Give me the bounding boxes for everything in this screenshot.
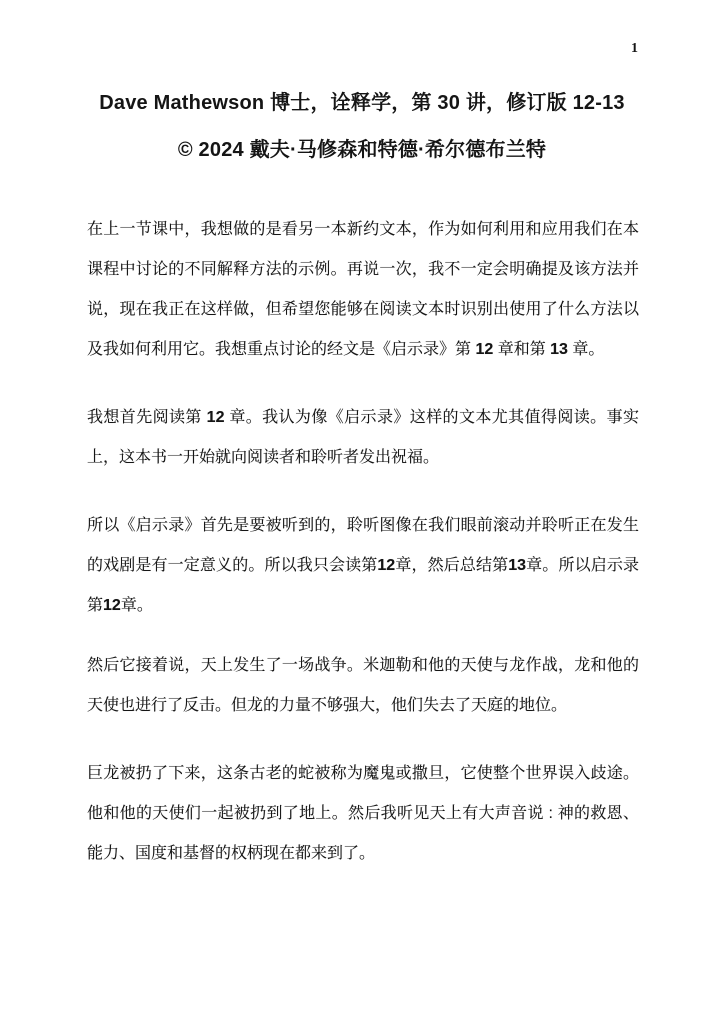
- document-title: Dave Mathewson 博士，诠释学，第 30 讲，修订版 12-13: [0, 90, 724, 117]
- paragraph-5: 巨龙被扔了下来，这条古老的蛇被称为魔鬼或撒旦，它使整个世界误入歧途。他和他的天使…: [87, 754, 639, 874]
- page-number: 1: [631, 41, 638, 57]
- paragraph-1: 在上一节课中，我想做的是看另一本新约文本，作为如何利用和应用我们在本课程中讨论的…: [87, 210, 639, 370]
- paragraph-3: 所以《启示录》首先是要被听到的，聆听图像在我们眼前滚动并聆听正在发生的戏剧是有一…: [87, 506, 639, 626]
- paragraph-4: 然后它接着说，天上发生了一场战争。米迦勒和他的天使与龙作战，龙和他的天使也进行了…: [87, 646, 639, 726]
- document-page: 1 Dave Mathewson 博士，诠释学，第 30 讲，修订版 12-13…: [0, 0, 724, 1024]
- copyright-line: © 2024 戴夫·马修森和特德·希尔德布兰特: [0, 137, 724, 164]
- paragraph-2: 我想首先阅读第 12 章。我认为像《启示录》这样的文本尤其值得阅读。事实上，这本…: [87, 398, 639, 478]
- document-body: 在上一节课中，我想做的是看另一本新约文本，作为如何利用和应用我们在本课程中讨论的…: [87, 210, 639, 902]
